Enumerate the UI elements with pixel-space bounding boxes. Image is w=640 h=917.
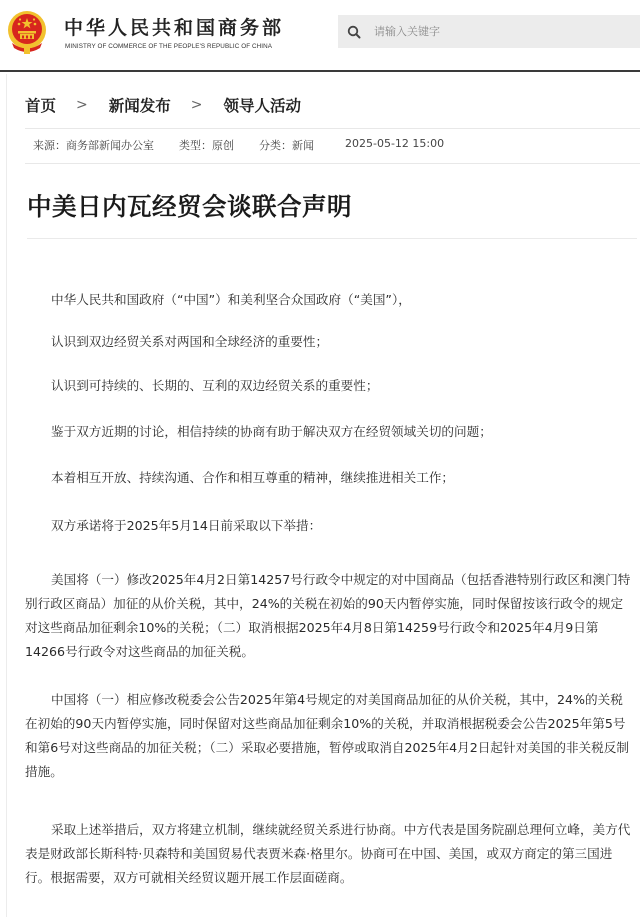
article-paragraph: 双方承诺将于2025年5月14日前采取以下举措： <box>25 514 635 538</box>
article-paragraph: 美国将（一）修改2025年4月2日第14257号行政令中规定的对中国商品（包括香… <box>25 568 635 664</box>
breadcrumb-separator: > <box>76 97 88 113</box>
article-container: 首页 > 新闻发布 > 领导人活动 来源：商务部新闻办公室 类型：原创 分类：新… <box>6 74 640 917</box>
article-title: 中美日内瓦经贸会谈联合声明 <box>27 188 352 223</box>
article-paragraph: 本着相互开放、持续沟通、合作和相互尊重的精神，继续推进相关工作； <box>25 466 635 490</box>
site-name-en: MINISTRY OF COMMERCE OF THE PEOPLE'S REP… <box>65 43 272 50</box>
article-paragraph: 中华人民共和国政府（“中国”）和美利坚合众国政府（“美国”）， <box>25 288 635 312</box>
search-input[interactable] <box>374 25 604 38</box>
breadcrumb-separator: > <box>191 97 203 113</box>
article-paragraph: 采取上述举措后，双方将建立机制，继续就经贸关系进行协商。中方代表是国务院副总理何… <box>25 818 635 890</box>
article-paragraph: 认识到双边经贸关系对两国和全球经济的重要性； <box>25 330 635 354</box>
meta-datetime: 2025-05-12 15:00 <box>345 137 444 153</box>
breadcrumb-home[interactable]: 首页 <box>25 94 56 116</box>
article-meta: 来源：商务部新闻办公室 类型：原创 分类：新闻 2025-05-12 15:00 <box>33 137 444 153</box>
breadcrumb-news-release[interactable]: 新闻发布 <box>109 94 171 116</box>
article-paragraph: 中国将（一）相应修改税委会公告2025年第4号规定的对美国商品加征的从价关税，其… <box>25 688 635 784</box>
site-header: 中华人民共和国商务部 MINISTRY OF COMMERCE OF THE P… <box>0 0 640 72</box>
site-name-cn: 中华人民共和国商务部 <box>64 13 284 40</box>
breadcrumb: 首页 > 新闻发布 > 领导人活动 <box>25 94 301 116</box>
search-icon[interactable] <box>347 25 361 39</box>
meta-category: 分类：新闻 <box>259 137 314 153</box>
title-divider <box>27 238 637 239</box>
search-box[interactable] <box>338 15 640 48</box>
national-emblem-icon[interactable] <box>6 10 48 56</box>
meta-type: 类型：原创 <box>179 137 234 153</box>
article-paragraph: 认识到可持续的、长期的、互利的双边经贸关系的重要性； <box>25 374 635 398</box>
breadcrumb-leader-activities[interactable]: 领导人活动 <box>224 94 302 116</box>
breadcrumb-divider <box>25 128 640 129</box>
article-paragraph: 鉴于双方近期的讨论，相信持续的协商有助于解决双方在经贸领域关切的问题； <box>25 420 635 444</box>
meta-source: 来源：商务部新闻办公室 <box>33 137 154 153</box>
meta-divider <box>25 163 640 164</box>
